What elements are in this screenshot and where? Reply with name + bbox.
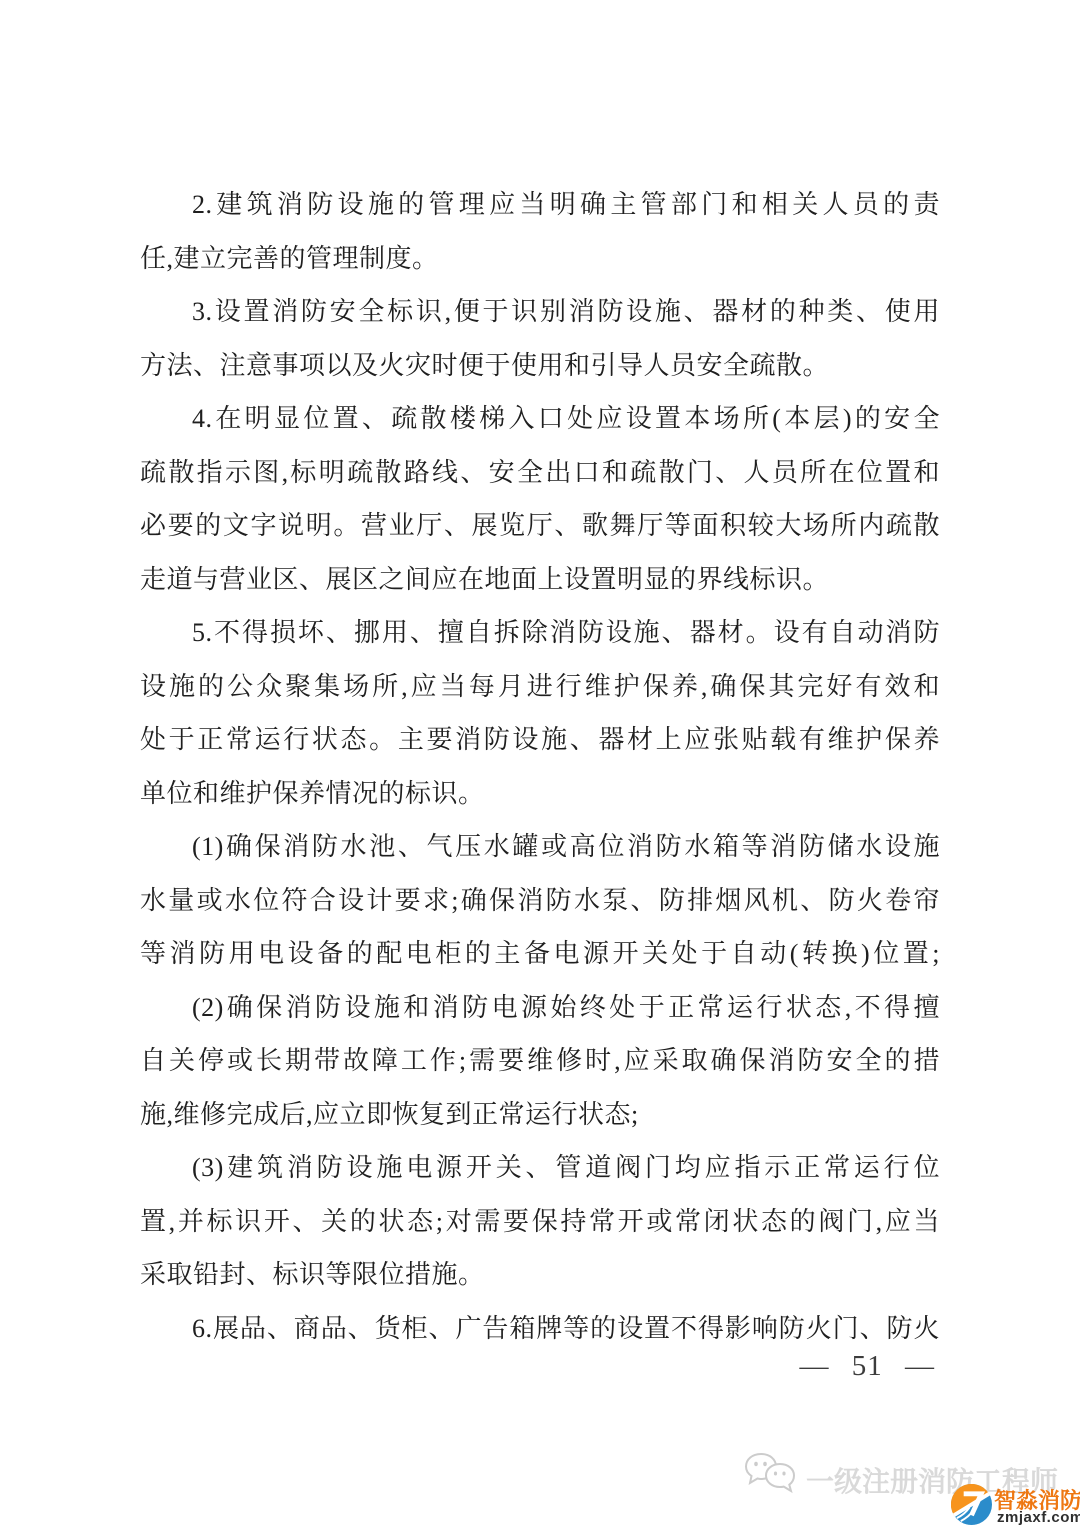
text-line: 必要的文字说明。营业厅、展览厅、歌舞厅等面积较大场所内疏散 xyxy=(140,499,940,553)
scanned-document-page: 2.建筑消防设施的管理应当明确主管部门和相关人员的责任,建立完善的管理制度。3.… xyxy=(0,0,1080,1527)
text-line: 3.设置消防安全标识,便于识别消防设施、器材的种类、使用 xyxy=(140,285,940,339)
zhimiao-logo-icon xyxy=(951,1484,992,1525)
text-line: 处于正常运行状态。主要消防设施、器材上应张贴载有维护保养 xyxy=(140,713,940,767)
paragraph: (2)确保消防设施和消防电源始终处于正常运行状态,不得擅自关停或长期带故障工作;… xyxy=(140,981,940,1142)
paragraph: 3.设置消防安全标识,便于识别消防设施、器材的种类、使用方法、注意事项以及火灾时… xyxy=(140,285,940,392)
text-line: 2.建筑消防设施的管理应当明确主管部门和相关人员的责 xyxy=(140,178,940,232)
text-line: (2)确保消防设施和消防电源始终处于正常运行状态,不得擅 xyxy=(140,981,940,1035)
paragraph: 2.建筑消防设施的管理应当明确主管部门和相关人员的责任,建立完善的管理制度。 xyxy=(140,178,940,285)
paragraph: 5.不得损坏、挪用、擅自拆除消防设施、器材。设有自动消防设施的公众聚集场所,应当… xyxy=(140,606,940,820)
text-line: 施,维修完成后,应立即恢复到正常运行状态; xyxy=(140,1088,940,1142)
page-number: — 51 — xyxy=(140,1350,935,1383)
text-line: (1)确保消防水池、气压水罐或高位消防水箱等消防储水设施 xyxy=(140,820,940,874)
text-line: 方法、注意事项以及火灾时便于使用和引导人员安全疏散。 xyxy=(140,339,940,393)
text-line: 采取铅封、标识等限位措施。 xyxy=(140,1248,940,1302)
text-line: 等消防用电设备的配电柜的主备电源开关处于自动(转换)位置; xyxy=(140,927,940,981)
text-line: 置,并标识开、关的状态;对需要保持常开或常闭状态的阀门,应当 xyxy=(140,1195,940,1249)
paragraph: (1)确保消防水池、气压水罐或高位消防水箱等消防储水设施水量或水位符合设计要求;… xyxy=(140,820,940,981)
paragraph: (3)建筑消防设施电源开关、管道阀门均应指示正常运行位置,并标识开、关的状态;对… xyxy=(140,1141,940,1302)
text-line: 自关停或长期带故障工作;需要维修时,应采取确保消防安全的措 xyxy=(140,1034,940,1088)
text-line: 任,建立完善的管理制度。 xyxy=(140,232,940,286)
text-line: 5.不得损坏、挪用、擅自拆除消防设施、器材。设有自动消防 xyxy=(140,606,940,660)
text-line: 6.展品、商品、货柜、广告箱牌等的设置不得影响防火门、防火 xyxy=(140,1302,940,1356)
text-line: 单位和维护保养情况的标识。 xyxy=(140,767,940,821)
paragraph: 6.展品、商品、货柜、广告箱牌等的设置不得影响防火门、防火 xyxy=(140,1302,940,1356)
text-line: 水量或水位符合设计要求;确保消防水泵、防排烟风机、防火卷帘 xyxy=(140,874,940,928)
text-line: 疏散指示图,标明疏散路线、安全出口和疏散门、人员所在位置和 xyxy=(140,446,940,500)
paragraph: 4.在明显位置、疏散楼梯入口处应设置本场所(本层)的安全疏散指示图,标明疏散路线… xyxy=(140,392,940,606)
text-line: 4.在明显位置、疏散楼梯入口处应设置本场所(本层)的安全 xyxy=(140,392,940,446)
text-line: 走道与营业区、展区之间应在地面上设置明显的界线标识。 xyxy=(140,553,940,607)
document-body: 2.建筑消防设施的管理应当明确主管部门和相关人员的责任,建立完善的管理制度。3.… xyxy=(140,178,940,1355)
text-line: (3)建筑消防设施电源开关、管道阀门均应指示正常运行位 xyxy=(140,1141,940,1195)
text-line: 设施的公众聚集场所,应当每月进行维护保养,确保其完好有效和 xyxy=(140,660,940,714)
wechat-icon xyxy=(744,1452,800,1503)
brand-site: zmjaxf.com xyxy=(997,1509,1080,1526)
brand-block: 智淼消防 zmjaxf.com xyxy=(951,1482,1080,1527)
